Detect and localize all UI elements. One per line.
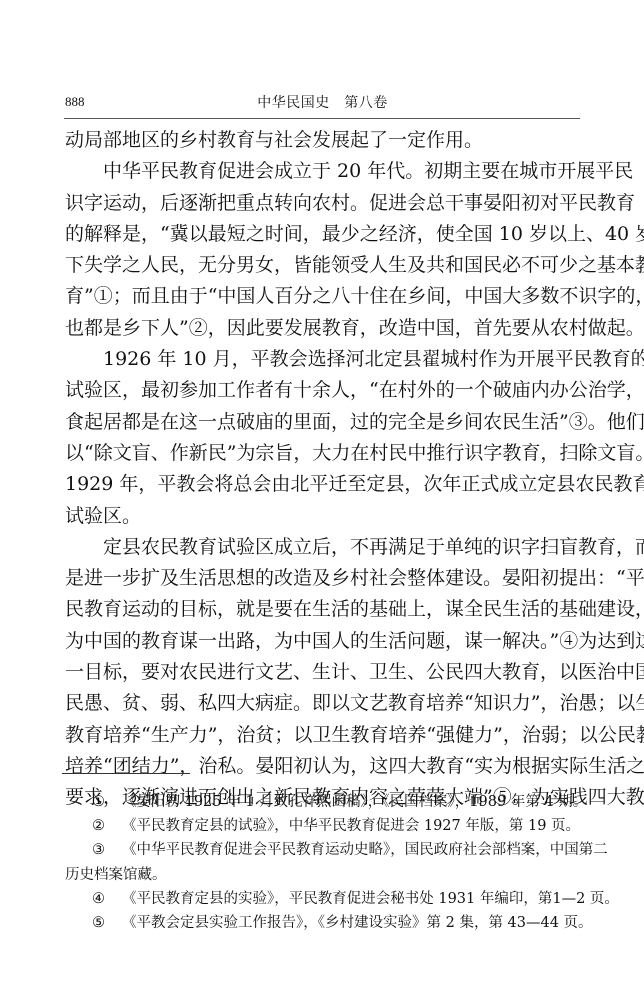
footnote-text: 历史档案馆藏。 — [65, 867, 167, 883]
footnote-marker: ① — [65, 790, 122, 814]
footnote-marker: ② — [65, 814, 122, 838]
footnote-text: 《平民教育定县的试验》，中华平民教育促进会 1927 年版，第 19 页。 — [122, 818, 580, 834]
text-line: 1926 年 10 月，平教会选择河北定县翟城村作为开展平民教育的 — [65, 344, 580, 375]
footnote-text: 《晏阳初 1925 年 1 月致孔祥熙函稿》，《民国档案》，1989 年第 4 … — [122, 794, 587, 810]
text-line: 育”①；而且由于“中国人百分之八十住在乡间，中国大多数不识字的， — [65, 281, 580, 312]
footnote: ⑤《平教会定县实验工作报告》，《乡村建设实验》第 2 集，第 43—44 页。 — [65, 911, 580, 935]
text-line: 下失学之人民，无分男女，皆能领受人生及共和国民必不可少之基本教 — [65, 250, 580, 281]
body-text: 动局部地区的乡村教育与社会发展起了一定作用。中华平民教育促进会成立于 20 年代… — [65, 125, 580, 814]
footnote: ③《中华平民教育促进会平民教育运动史略》，国民政府社会部档案，中国第二 — [65, 838, 580, 862]
book-page: 888 中华民国史 第八卷 动局部地区的乡村教育与社会发展起了一定作用。中华平民… — [0, 0, 644, 1000]
footnote-marker: ⑤ — [65, 911, 122, 935]
footnotes: ①《晏阳初 1925 年 1 月致孔祥熙函稿》，《民国档案》，1989 年第 4… — [65, 790, 580, 935]
text-line: 食起居都是在这一点破庙的里面，过的完全是乡间农民生活”③。他们 — [65, 407, 580, 438]
footnote-rule — [62, 773, 190, 774]
page-header: 888 中华民国史 第八卷 — [65, 92, 580, 114]
footnote: ②《平民教育定县的试验》，中华平民教育促进会 1927 年版，第 19 页。 — [65, 814, 580, 838]
text-line: 以“除文盲、作新民”为宗旨，大力在村民中推行识字教育，扫除文盲。 — [65, 438, 580, 469]
text-line: 也都是乡下人”②，因此要发展教育，改造中国，首先要从农村做起。 — [65, 313, 580, 344]
header-rule — [64, 118, 580, 119]
text-line: 培养“团结力”，治私。晏阳初认为，这四大教育“实为根据实际生活之 — [65, 751, 580, 782]
text-line: 是进一步扩及生活思想的改造及乡村社会整体建设。晏阳初提出：“平 — [65, 563, 580, 594]
footnote-text: 《平教会定县实验工作报告》，《乡村建设实验》第 2 集，第 43—44 页。 — [122, 915, 593, 931]
footnote-text: 《中华平民教育促进会平民教育运动史略》，国民政府社会部档案，中国第二 — [122, 842, 608, 858]
footnote-text: 《平民教育定县的实验》，平民教育促进会秘书处 1931 年编印，第1—2 页。 — [122, 891, 619, 907]
text-line: 为中国的教育谋一出路，为中国人的生活问题，谋一解决。”④为达到这 — [65, 626, 580, 657]
text-line: 1929 年，平教会将总会由北平迁至定县，次年正式成立定县农民教育 — [65, 469, 580, 500]
text-line: 试验区，最初参加工作者有十余人，“在村外的一个破庙内办公治学，饮 — [65, 375, 580, 406]
text-line: 试验区。 — [65, 501, 580, 532]
footnote: ④《平民教育定县的实验》，平民教育促进会秘书处 1931 年编印，第1—2 页。 — [65, 887, 580, 911]
text-line: 教育培养“生产力”，治贫；以卫生教育培养“强健力”，治弱；以公民教育 — [65, 720, 580, 751]
text-line: 识字运动，后逐渐把重点转向农村。促进会总干事晏阳初对平民教育 — [65, 188, 580, 219]
footnote: 历史档案馆藏。 — [65, 863, 580, 887]
footnote-marker: ④ — [65, 887, 122, 911]
footnote: ①《晏阳初 1925 年 1 月致孔祥熙函稿》，《民国档案》，1989 年第 4… — [65, 790, 580, 814]
footnote-marker: ③ — [65, 838, 122, 862]
text-line: 中华平民教育促进会成立于 20 年代。初期主要在城市开展平民 — [65, 156, 580, 187]
text-line: 的解释是，“冀以最短之时间，最少之经济，使全国 10 岁以上、40 岁以 — [65, 219, 580, 250]
text-line: 民教育运动的目标，就是要在生活的基础上，谋全民生活的基础建设， — [65, 594, 580, 625]
text-line: 民愚、贫、弱、私四大病症。即以文艺教育培养“知识力”，治愚；以生计 — [65, 688, 580, 719]
text-line: 动局部地区的乡村教育与社会发展起了一定作用。 — [65, 125, 580, 156]
text-line: 定县农民教育试验区成立后，不再满足于单纯的识字扫盲教育，而 — [65, 532, 580, 563]
running-title: 中华民国史 第八卷 — [65, 92, 580, 112]
text-line: 一目标，要对农民进行文艺、生计、卫生、公民四大教育，以医治中国农 — [65, 657, 580, 688]
